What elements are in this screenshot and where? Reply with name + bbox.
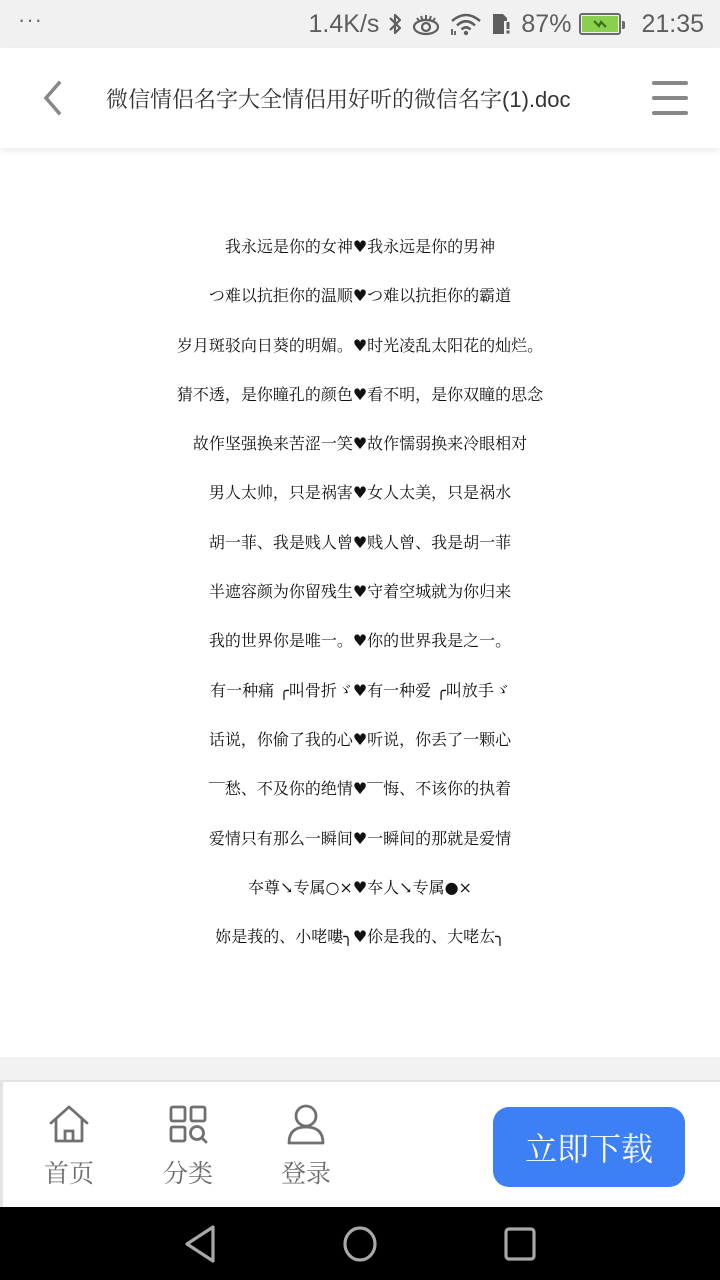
eye-icon bbox=[411, 12, 441, 36]
home-icon bbox=[47, 1102, 91, 1146]
category-icon bbox=[166, 1102, 210, 1146]
system-navigation-bar bbox=[0, 1207, 720, 1280]
nav-home-label: 首页 bbox=[44, 1154, 94, 1190]
nav-home[interactable]: 首页 bbox=[29, 1102, 109, 1192]
document-line: ‾‾愁、不及你的绝情♥‾‾悔、不该你的执着 bbox=[0, 775, 720, 824]
network-speed: 1.4K/s bbox=[309, 10, 380, 39]
sim-alert-icon bbox=[491, 12, 513, 36]
document-viewer[interactable]: 我永远是你的女神♥我永远是你的男神 つ难以抗拒你的温顺♥つ难以抗拒你的霸道 岁月… bbox=[0, 148, 720, 1057]
download-now-button[interactable]: 立即下载 bbox=[493, 1107, 685, 1187]
back-button[interactable] bbox=[34, 78, 70, 118]
bottom-toolbar: 首页 分类 登录 立即下载 bbox=[0, 1080, 720, 1207]
wifi-icon bbox=[449, 12, 483, 36]
hamburger-menu-icon-bar bbox=[652, 96, 688, 100]
system-recents-button[interactable] bbox=[495, 1219, 545, 1269]
page-separator bbox=[0, 1057, 720, 1080]
document-line: 胡一菲、我是贱人曾♥贱人曾、我是胡一菲 bbox=[0, 529, 720, 578]
status-icons: 1.4K/s 87% 21:35 bbox=[309, 10, 704, 39]
document-line: つ难以抗拒你的温顺♥つ难以抗拒你的霸道 bbox=[0, 282, 720, 331]
document-line: 我永远是你的女神♥我永远是你的男神 bbox=[0, 233, 720, 282]
status-bar: ··· 1.4K/s 87% 21:35 bbox=[0, 0, 720, 48]
nav-login[interactable]: 登录 bbox=[266, 1102, 346, 1192]
app-header: 微信情侣名字大全情侣用好听的微信名字(1).doc bbox=[0, 48, 720, 148]
document-line: 男人太帅，只是祸害♥女人太美，只是祸水 bbox=[0, 479, 720, 528]
document-line: 我的世界你是唯一。♥你的世界我是之一。 bbox=[0, 627, 720, 676]
document-line: 故作坚强换来苦涩一笑♥故作懦弱换来冷眼相对 bbox=[0, 430, 720, 479]
document-line: 话说，你偷了我的心♥听说，你丢了一颗心 bbox=[0, 726, 720, 775]
document-title: 微信情侣名字大全情侣用好听的微信名字(1).doc bbox=[106, 48, 626, 148]
document-content: 我永远是你的女神♥我永远是你的男神 つ难以抗拒你的温顺♥つ难以抗拒你的霸道 岁月… bbox=[0, 233, 720, 972]
nav-category-label: 分类 bbox=[163, 1154, 213, 1190]
clock: 21:35 bbox=[641, 10, 704, 39]
document-line: 岁月斑驳向日葵的明媚。♥时光凌乱太阳花的灿烂。 bbox=[0, 332, 720, 381]
user-icon bbox=[284, 1102, 328, 1146]
system-back-button[interactable] bbox=[176, 1219, 226, 1269]
bluetooth-icon bbox=[387, 12, 403, 36]
document-line: 爱情只有那么一瞬间♥一瞬间的那就是爱情 bbox=[0, 825, 720, 874]
system-home-button[interactable] bbox=[335, 1219, 385, 1269]
nav-login-label: 登录 bbox=[281, 1154, 331, 1190]
back-triangle-icon bbox=[183, 1224, 219, 1264]
battery-charging-icon bbox=[579, 13, 621, 35]
chevron-left-icon bbox=[40, 80, 64, 116]
hamburger-menu-icon-bar bbox=[652, 81, 688, 85]
document-line: 猜不透，是你瞳孔的颜色♥看不明，是你双瞳的思念 bbox=[0, 381, 720, 430]
hamburger-menu-icon-bar bbox=[652, 111, 688, 115]
recents-square-icon bbox=[502, 1224, 538, 1264]
document-line: 妳是莪的、小咾嘍╮♥伱是我的、大咾厷╮ bbox=[0, 923, 720, 972]
notification-dots: ··· bbox=[18, 7, 43, 33]
menu-button[interactable] bbox=[652, 81, 688, 115]
document-line: 半遮容颜为你留残生♥守着空城就为你归来 bbox=[0, 578, 720, 627]
battery-percent: 87% bbox=[521, 10, 571, 39]
document-line: 有一种痛 ╭叫骨折ゞ♥有一种爱 ╭叫放手ゞ bbox=[0, 677, 720, 726]
document-line: 夲尊↘专属○×♥夲人↘专属●× bbox=[0, 874, 720, 923]
nav-category[interactable]: 分类 bbox=[148, 1102, 228, 1192]
home-circle-icon bbox=[340, 1224, 380, 1264]
